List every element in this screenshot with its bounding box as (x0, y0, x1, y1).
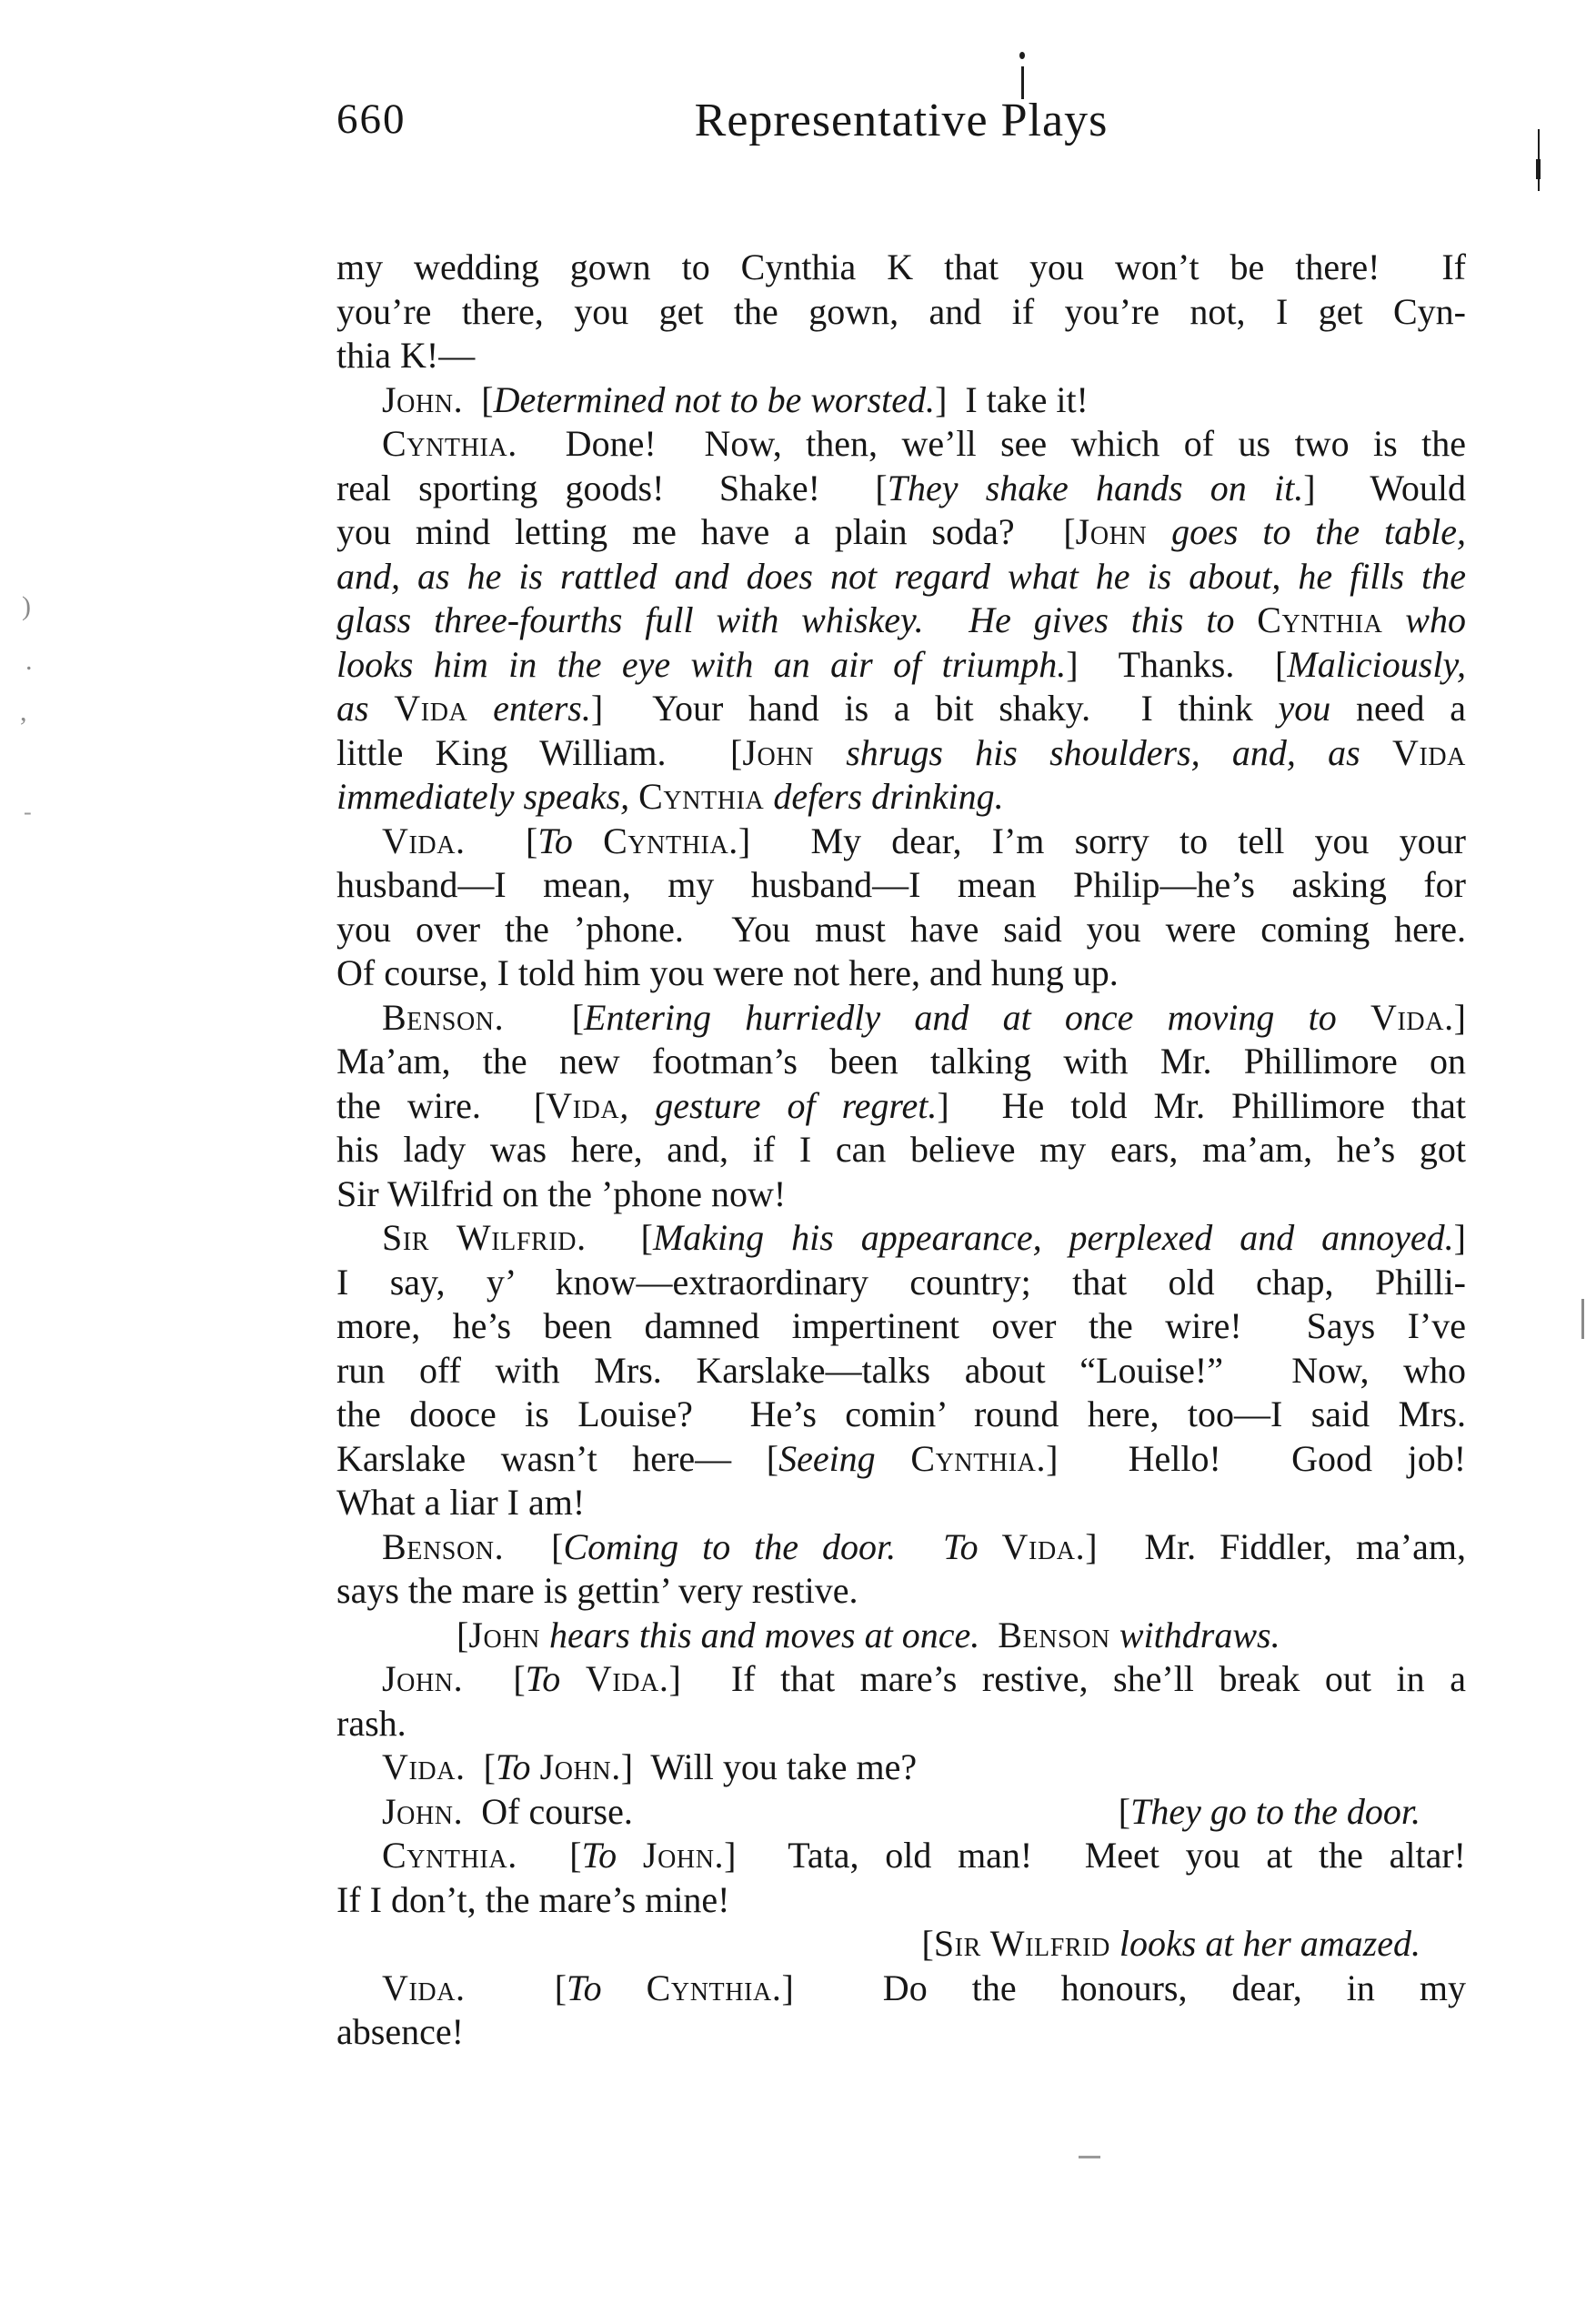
dialogue-text: [ (587, 1217, 653, 1258)
text-line: [John hears this and moves at once. Bens… (336, 1614, 1466, 1658)
text-line: and, as he is rattled and does not regar… (336, 555, 1466, 599)
stage-direction-text: glass three-fourths full with whiskey. H… (336, 599, 1257, 640)
character-name: John. (382, 379, 463, 420)
text-line: What a liar I am! (336, 1481, 1466, 1525)
stage-direction-text: looks at her amazed. (1110, 1923, 1420, 1964)
stage-direction-text: Entering hurriedly and at once moving to (584, 997, 1370, 1038)
character-name: Sir Wilfrid. (382, 1217, 587, 1258)
dialogue-text: ] Your hand is a bit shaky. I think (591, 688, 1279, 729)
character-name: Vida. (382, 820, 466, 861)
stage-direction-text: enters. (467, 688, 590, 729)
character-name: Cynthia. (382, 423, 517, 464)
text-line: run off with Mrs. Karslake—talks about “… (336, 1349, 1466, 1393)
dialogue-text: ] I take it! (935, 379, 1089, 420)
text-line: says the mare is gettin’ very restive. (336, 1569, 1466, 1614)
text-line: as Vida enters.] Your hand is a bit shak… (336, 687, 1466, 731)
text-line: Karslake wasn’t here— [Seeing Cynthia.] … (336, 1437, 1466, 1482)
text-line: you over the ’phone. You must have said … (336, 908, 1466, 952)
stage-direction-text: , gesture of regret. (619, 1085, 937, 1126)
stage-direction-text: Making his appearance, perplexed and ann… (653, 1217, 1454, 1258)
character-name: Cynthia. (603, 820, 738, 861)
stage-direction-text: To (567, 1967, 647, 2008)
dialogue-text: my wedding gown to Cynthia K that you wo… (336, 246, 1466, 287)
line-right: [They go to the door. (1119, 1790, 1420, 1835)
text-line: you’re there, you get the gown, and if y… (336, 290, 1466, 335)
stage-direction-text: you (1279, 688, 1331, 729)
dialogue-text: his lady was here, and, if I can believe… (336, 1129, 1466, 1170)
book-page: 660 Representative Plays my wedding gown… (0, 0, 1596, 2314)
text-line: Cynthia. Done! Now, then, we’ll see whic… (336, 422, 1466, 467)
text-line: more, he’s been damned impertinent over … (336, 1304, 1466, 1349)
dialogue-text: ] He told Mr. Phillimore that (937, 1085, 1466, 1126)
character-name: Cynthia. (910, 1438, 1046, 1479)
character-name: John. (643, 1835, 724, 1876)
text-line: Ma’am, the new footman’s been talking wi… (336, 1040, 1466, 1084)
character-name: Vida (546, 1085, 619, 1126)
text-line: absence! (336, 2010, 1466, 2055)
text-line: you mind letting me have a plain soda? [… (336, 510, 1466, 555)
text-line: Benson. [Entering hurriedly and at once … (336, 996, 1466, 1041)
text-line: thia K!— (336, 334, 1466, 378)
running-title: Representative Plays (336, 91, 1466, 150)
dialogue-text: [ (466, 1967, 567, 2008)
stage-direction-text: shrugs his shoulders, and, as (814, 732, 1392, 773)
stage-direction-text: Maliciously, (1287, 644, 1466, 685)
character-name: Vida (1392, 732, 1466, 773)
text-line: Vida. [To John.] Will you take me? (336, 1746, 1466, 1790)
dialogue-text: the wire. [ (336, 1085, 546, 1126)
dialogue-text: Done! Now, then, we’ll see which of us t… (517, 423, 1466, 464)
dialogue-text: [ (921, 1923, 933, 1964)
text-line: If I don’t, the mare’s mine! (336, 1878, 1466, 1923)
text-line: Vida. [To Cynthia.] My dear, I’m sorry t… (336, 820, 1466, 864)
dialogue-text: [ (1119, 1791, 1130, 1832)
scan-artifact (1019, 52, 1025, 59)
character-name: Vida (394, 688, 467, 729)
character-name: Vida. (382, 1967, 466, 2008)
scan-artifact (1079, 2156, 1100, 2158)
play-text-block: my wedding gown to Cynthia K that you wo… (336, 246, 1466, 2055)
text-line: little King William. [John shrugs his sh… (336, 731, 1466, 776)
stage-direction-text: To (526, 1658, 586, 1699)
dialogue-text: [ (457, 1615, 468, 1655)
dialogue-text: absence! (336, 2011, 464, 2052)
scan-artifact (1581, 1299, 1584, 1339)
character-name: Benson. (382, 1526, 504, 1567)
dialogue-text: [ (504, 997, 584, 1038)
dialogue-text: ] Would (1303, 468, 1466, 508)
dialogue-text: Of course, I told him you were not here,… (336, 952, 1119, 993)
stage-direction-text: Seeing (778, 1438, 910, 1479)
dialogue-text: says the mare is gettin’ very restive. (336, 1570, 858, 1611)
text-line: Benson. [Coming to the door. To Vida.] M… (336, 1525, 1466, 1570)
dialogue-text: more, he’s been damned impertinent over … (336, 1305, 1466, 1346)
character-name: Benson. (382, 997, 504, 1038)
text-line: his lady was here, and, if I can believe… (336, 1128, 1466, 1172)
character-name: Cynthia. (647, 1967, 782, 2008)
scan-artifact (1021, 66, 1024, 99)
character-name: Cynthia (1257, 599, 1382, 640)
character-name: John (468, 1615, 540, 1655)
stage-direction-text: Coming to the door. To (563, 1526, 1001, 1567)
dialogue-text: rash. (336, 1703, 407, 1744)
dialogue-text: ] (1454, 1217, 1466, 1258)
dialogue-text: [ (517, 1835, 582, 1876)
scan-artifact: - (24, 800, 32, 824)
stage-direction-text: goes to the table, (1147, 511, 1466, 552)
text-line: looks him in the eye with an air of triu… (336, 643, 1466, 688)
text-line: Sir Wilfrid. [Making his appearance, per… (336, 1216, 1466, 1261)
dialogue-text: [ (463, 379, 493, 420)
stage-direction-text: looks him in the eye with an air of triu… (336, 644, 1066, 685)
dialogue-text: If I don’t, the mare’s mine! (336, 1879, 729, 1920)
dialogue-text: ] Do the honours, dear, in my (781, 1967, 1466, 2008)
character-name: Vida. (1370, 997, 1454, 1038)
dialogue-text: ] (1454, 997, 1466, 1038)
dialogue-text: [ (504, 1526, 563, 1567)
dialogue-text: run off with Mrs. Karslake—talks about “… (336, 1350, 1466, 1391)
dialogue-text: husband—I mean, my husband—I mean Philip… (336, 864, 1466, 905)
stage-direction-text: To (582, 1835, 643, 1876)
dialogue-text: need a (1330, 688, 1466, 729)
character-name: Cynthia (638, 776, 764, 817)
text-line: Vida. [To Cynthia.] Do the honours, dear… (336, 1967, 1466, 2011)
dialogue-text: Karslake wasn’t here— [ (336, 1438, 778, 1479)
text-line: the dooce is Louise? He’s comin’ round h… (336, 1393, 1466, 1437)
character-name: Vida. (382, 1746, 466, 1787)
dialogue-text: real sporting goods! Shake! [ (336, 468, 888, 508)
character-name: Sir Wilfrid (934, 1923, 1110, 1964)
dialogue-text: the dooce is Louise? He’s comin’ round h… (336, 1393, 1466, 1434)
text-line: my wedding gown to Cynthia K that you wo… (336, 246, 1466, 290)
text-line: Of course, I told him you were not here,… (336, 951, 1466, 996)
dialogue-text: ] Will you take me? (621, 1746, 917, 1787)
dialogue-text: you’re there, you get the gown, and if y… (336, 291, 1466, 332)
stage-direction-text: To (537, 820, 603, 861)
dialogue-text: I say, y’ know—extraordinary country; th… (336, 1262, 1466, 1303)
character-name: John (742, 732, 814, 773)
scan-artifact: . (25, 648, 33, 675)
text-line: glass three-fourths full with whiskey. H… (336, 599, 1466, 643)
character-name: Cynthia. (382, 1835, 517, 1876)
text-line: [Sir Wilfrid looks at her amazed. (336, 1922, 1466, 1967)
stage-direction-text: withdraws. (1110, 1615, 1280, 1655)
dialogue-text: ] Tata, old man! Meet you at the altar! (724, 1835, 1466, 1876)
dialogue-text: Sir Wilfrid on the ’phone now! (336, 1173, 786, 1214)
dialogue-text: ] Thanks. [ (1066, 644, 1287, 685)
stage-direction-text: Determined not to be worsted. (494, 379, 936, 420)
character-name: John. (382, 1791, 463, 1832)
dialogue-text: thia K!— (336, 335, 475, 376)
dialogue-text: [ (463, 1658, 525, 1699)
dialogue-text: What a liar I am! (336, 1482, 585, 1523)
dialogue-text: you over the ’phone. You must have said … (336, 909, 1466, 950)
stage-direction-text: They shake hands on it. (888, 468, 1304, 508)
character-name: John. (382, 1658, 463, 1699)
dialogue-text: ] Mr. Fiddler, ma’am, (1085, 1526, 1466, 1567)
stage-direction-text: as (336, 688, 394, 729)
text-line: John. [To Vida.] If that mare’s restive,… (336, 1657, 1466, 1702)
stage-direction-text: hears this and moves at once. (540, 1615, 998, 1655)
text-line: husband—I mean, my husband—I mean Philip… (336, 863, 1466, 908)
text-line: John. Of course.[They go to the door. (336, 1790, 1466, 1835)
character-name: Vida. (586, 1658, 669, 1699)
line-left: John. Of course. (336, 1790, 633, 1835)
dialogue-text: [ (466, 820, 538, 861)
stage-direction-text: immediately speaks, (336, 776, 638, 817)
dialogue-text: you mind letting me have a plain soda? [ (336, 511, 1076, 552)
character-name: Benson (998, 1615, 1110, 1655)
character-name: John (1076, 511, 1148, 552)
stage-direction-text: They go to the door. (1130, 1791, 1420, 1832)
dialogue-text: ] My dear, I’m sorry to tell you your (738, 820, 1466, 861)
character-name: Vida. (1002, 1526, 1086, 1567)
text-line: immediately speaks, Cynthia defers drink… (336, 775, 1466, 820)
dialogue-text: little King William. [ (336, 732, 742, 773)
text-line: Sir Wilfrid on the ’phone now! (336, 1172, 1466, 1217)
stage-direction-text: defers drinking. (764, 776, 1003, 817)
scan-artifact: , (20, 699, 27, 726)
text-line: rash. (336, 1702, 1466, 1746)
text-line: the wire. [Vida, gesture of regret.] He … (336, 1084, 1466, 1129)
text-line: I say, y’ know—extraordinary country; th… (336, 1261, 1466, 1305)
scan-artifact: ) (22, 593, 31, 620)
stage-direction-text: and, as he is rattled and does not regar… (336, 556, 1466, 597)
dialogue-text: Of course. (463, 1791, 633, 1832)
page-header: 660 Representative Plays (336, 91, 1466, 155)
dialogue-text: Ma’am, the new footman’s been talking wi… (336, 1041, 1466, 1082)
stage-direction-text: To (496, 1746, 540, 1787)
scan-artifact (1536, 159, 1541, 179)
dialogue-text: ] Hello! Good job! (1046, 1438, 1466, 1479)
text-line: Cynthia. [To John.] Tata, old man! Meet … (336, 1834, 1466, 1878)
text-line: John. [Determined not to be worsted.] I … (336, 378, 1466, 423)
dialogue-text: ] If that mare’s restive, she’ll break o… (668, 1658, 1466, 1699)
text-line: real sporting goods! Shake! [They shake … (336, 467, 1466, 511)
stage-direction-text: who (1382, 599, 1466, 640)
character-name: John. (540, 1746, 621, 1787)
dialogue-text: [ (466, 1746, 496, 1787)
